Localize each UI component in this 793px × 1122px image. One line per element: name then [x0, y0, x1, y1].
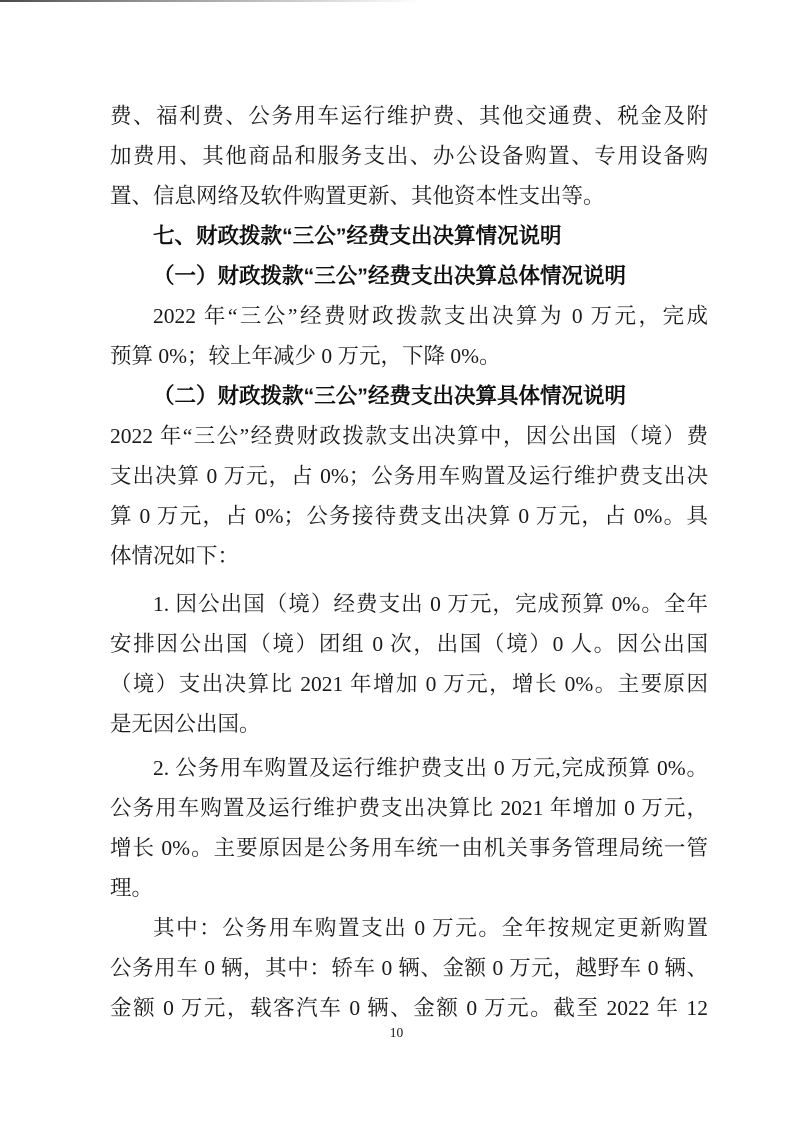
abroad-expense-paragraph: 1. 因公出国（境）经费支出 0 万元，完成预算 0%。全年 安排因公出国（境）… [110, 584, 708, 744]
text-line: 增长 0%。主要原因是公务用车统一由机关事务管理局统一管 [110, 828, 708, 868]
text-line: 理。 [110, 868, 708, 908]
page-number: 10 [0, 1022, 793, 1044]
text-line: （境）支出决算比 2021 年增加 0 万元，增长 0%。主要原因 [110, 664, 708, 704]
intro-paragraph: 费、福利费、公务用车运行维护费、其他交通费、税金及附 加费用、其他商品和服务支出… [110, 96, 708, 216]
text-line: 预算 0%；较上年减少 0 万元，下降 0%。 [110, 336, 708, 376]
subsection-heading-1: （一）财政拨款“三公”经费支出决算总体情况说明 [110, 256, 708, 296]
scan-edge-artifact [0, 0, 420, 2]
text-line: 支出决算 0 万元，占 0%；公务用车购置及运行维护费支出决 [110, 456, 708, 496]
text-line: 2022 年“三公”经费财政拨款支出决算中，因公出国（境）费 [110, 416, 708, 456]
detail-overview-paragraph: 2022 年“三公”经费财政拨款支出决算中，因公出国（境）费 支出决算 0 万元… [110, 416, 708, 576]
text-line: 其中：公务用车购置支出 0 万元。全年按规定更新购置 [110, 908, 708, 948]
text-line: 1. 因公出国（境）经费支出 0 万元，完成预算 0%。全年 [110, 584, 708, 624]
text-line: 加费用、其他商品和服务支出、办公设备购置、专用设备购 [110, 136, 708, 176]
document-page: 费、福利费、公务用车运行维护费、其他交通费、税金及附 加费用、其他商品和服务支出… [110, 96, 708, 1028]
text-line: 算 0 万元，占 0%；公务接待费支出决算 0 万元，占 0%。具 [110, 496, 708, 536]
subsection-heading-2: （二）财政拨款“三公”经费支出决算具体情况说明 [110, 376, 708, 416]
vehicle-purchase-detail-paragraph: 其中：公务用车购置支出 0 万元。全年按规定更新购置 公务用车 0 辆，其中：轿… [110, 908, 708, 1028]
text-line: 置、信息网络及软件购置更新、其他资本性支出等。 [110, 176, 708, 216]
section-heading-7: 七、财政拨款“三公”经费支出决算情况说明 [110, 216, 708, 256]
text-line: 2022 年“三公”经费财政拨款支出决算为 0 万元，完成 [110, 296, 708, 336]
text-line: 是无因公出国。 [110, 704, 708, 744]
text-line: 安排因公出国（境）团组 0 次，出国（境）0 人。因公出国 [110, 624, 708, 664]
text-line: 公务用车购置及运行维护费支出决算比 2021 年增加 0 万元， [110, 788, 708, 828]
text-line: 公务用车 0 辆，其中：轿车 0 辆、金额 0 万元，越野车 0 辆、 [110, 948, 708, 988]
total-summary-paragraph: 2022 年“三公”经费财政拨款支出决算为 0 万元，完成 预算 0%；较上年减… [110, 296, 708, 376]
vehicle-expense-paragraph: 2. 公务用车购置及运行维护费支出 0 万元,完成预算 0%。 公务用车购置及运… [110, 748, 708, 908]
text-line: 体情况如下： [110, 536, 708, 576]
text-line: 2. 公务用车购置及运行维护费支出 0 万元,完成预算 0%。 [110, 748, 708, 788]
text-line: 费、福利费、公务用车运行维护费、其他交通费、税金及附 [110, 96, 708, 136]
